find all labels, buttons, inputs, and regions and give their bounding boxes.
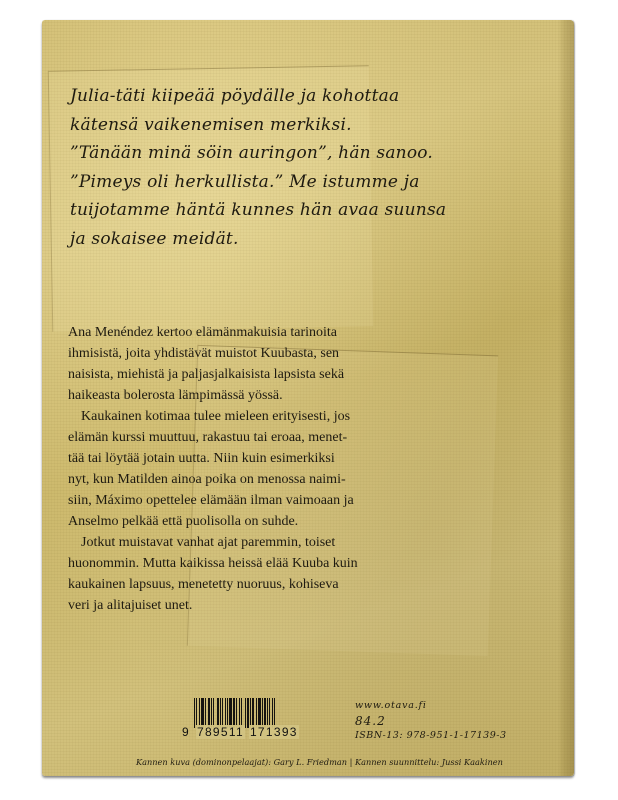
blurb-line: kaukainen lapsuus, menetetty nuoruus, ko… xyxy=(68,574,408,595)
blurb-line: Ana Menéndez kertoo elämänmakuisia tarin… xyxy=(68,322,408,343)
quote-line: tuijotamme häntä kunnes hän avaa suunsa xyxy=(70,196,490,225)
quote-line: kätensä vaikenemisen merkiksi. xyxy=(70,111,490,140)
blurb-line: Kaukainen kotimaa tulee mieleen erityise… xyxy=(68,406,408,427)
blurb-line: Jotkut muistavat vanhat ajat paremmin, t… xyxy=(68,532,408,553)
quote-line: ja sokaisee meidät. xyxy=(70,225,490,254)
isbn-number: ISBN-13: 978-951-1-17139-3 xyxy=(355,730,507,741)
spine-edge xyxy=(558,20,574,776)
book-description: Ana Menéndez kertoo elämänmakuisia tarin… xyxy=(68,322,408,616)
blurb-line: nyt, kun Matilden ainoa poika on menossa… xyxy=(68,469,408,490)
publisher-website: www.otava.fi xyxy=(355,700,507,714)
barcode-lead-digit: 9 xyxy=(182,725,190,739)
blurb-line: naisista, miehistä ja paljasjalkaisista … xyxy=(68,364,408,385)
blurb-line: huonommin. Mutta kaikissa heissä elää Ku… xyxy=(68,553,408,574)
library-classification: 84.2 xyxy=(355,714,507,730)
barcode-bars xyxy=(194,698,275,728)
barcode-digits: 9789511171393 xyxy=(182,725,317,739)
barcode-group-1: 789511 xyxy=(196,725,245,739)
isbn-barcode: 9789511171393 xyxy=(182,698,317,740)
blurb-line: tää tai löytää jotain uutta. Niin kuin e… xyxy=(68,448,408,469)
excerpt-quote: Julia-täti kiipeää pöydälle ja kohottaa … xyxy=(70,82,490,253)
publisher-imprint: www.otava.fi 84.2 ISBN-13: 978-951-1-171… xyxy=(355,700,507,741)
quote-line: Julia-täti kiipeää pöydälle ja kohottaa xyxy=(70,82,490,111)
quote-line: ”Pimeys oli herkullista.” Me istumme ja xyxy=(70,168,490,197)
blurb-line: ihmisistä, joita yhdistävät muistot Kuub… xyxy=(68,343,408,364)
blurb-line: veri ja alitajuiset unet. xyxy=(68,595,408,616)
blurb-line: elämän kurssi muuttuu, rakastuu tai eroa… xyxy=(68,427,408,448)
barcode-group-2: 171393 xyxy=(249,725,299,739)
quote-line: ”Tänään minä söin auringon”, hän sanoo. xyxy=(70,139,490,168)
blurb-line: Anselmo pelkää että puolisolla on suhde. xyxy=(68,511,408,532)
blurb-line: haikeasta bolerosta lämpimässä yössä. xyxy=(68,385,408,406)
cover-credits: Kannen kuva (dominonpelaajat): Gary L. F… xyxy=(136,757,556,767)
blurb-line: siin, Máximo opettelee elämään ilman vai… xyxy=(68,490,408,511)
